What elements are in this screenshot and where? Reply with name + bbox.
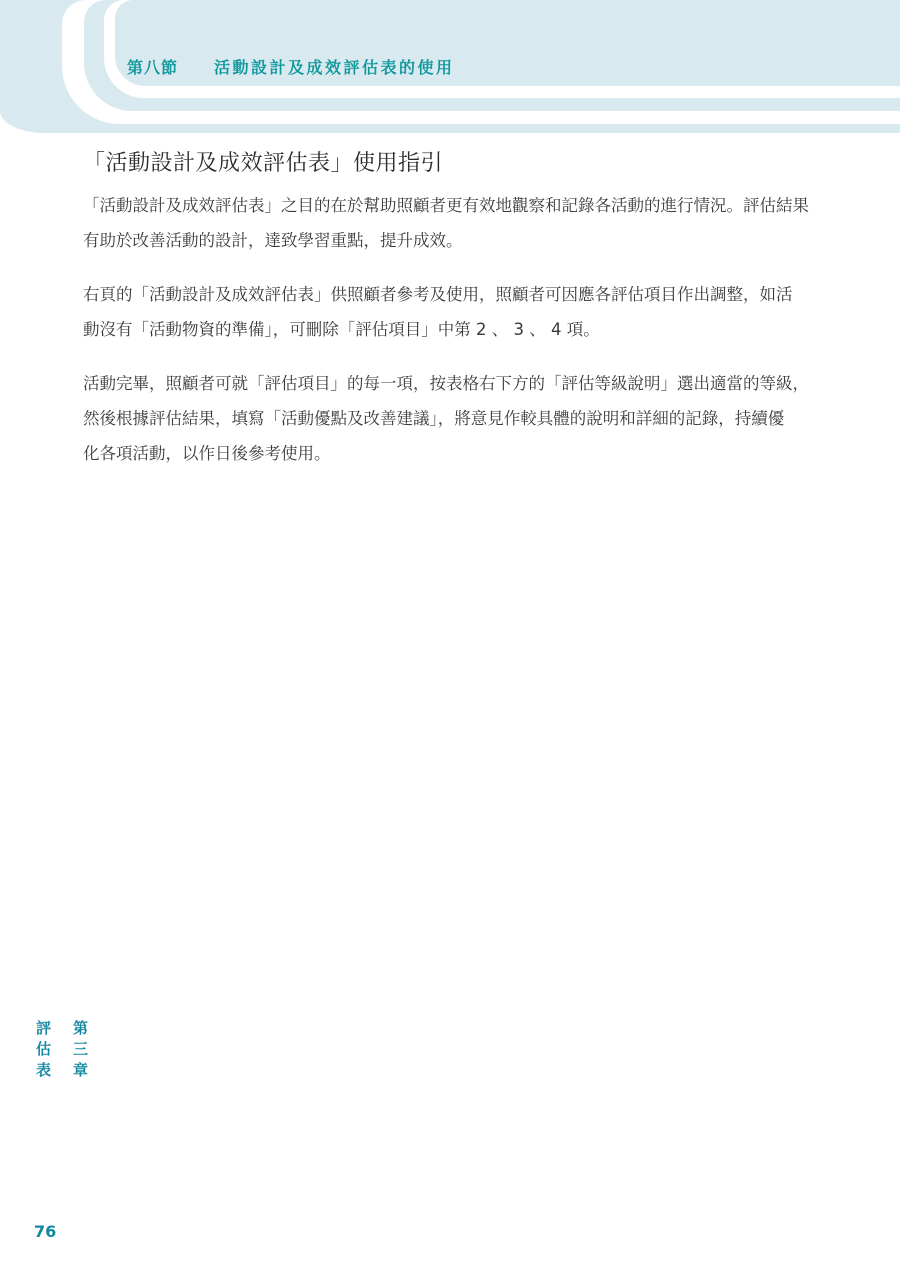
header-title-band: 第八節 活動設計及成效評估表的使用 <box>115 0 900 86</box>
paragraph-line: 然後根據評估結果，填寫「活動優點及改善建議」，將意見作較具體的說明和詳細的記錄，… <box>83 401 820 436</box>
page-title: 「活動設計及成效評估表」使用指引 <box>83 146 843 177</box>
chapter-section-label: 評估表 <box>33 1020 54 1083</box>
paragraph-line: 右頁的「活動設計及成效評估表」供照顧者參考及使用，照顧者可因應各評估項目作出調整… <box>83 277 820 312</box>
paragraph-line: 「活動設計及成效評估表」之目的在於幫助照顧者更有效地觀察和記錄各活動的進行情況。… <box>83 188 820 223</box>
paragraph-line: 活動完畢，照顧者可就「評估項目」的每一項，按表格右下方的「評估等級說明」選出適當… <box>83 366 820 401</box>
paragraph-line: 化各項活動，以作日後參考使用。 <box>83 436 820 471</box>
chapter-label: 第三章 <box>70 1020 91 1083</box>
section-number-label: 第八節 <box>127 55 178 78</box>
section-title: 活動設計及成效評估表的使用 <box>214 55 455 78</box>
header-band: 第八節 活動設計及成效評估表的使用 <box>0 0 900 133</box>
chapter-side-tab: 第三章 評估表 <box>33 1020 91 1083</box>
document-page: 第八節 活動設計及成效評估表的使用 「活動設計及成效評估表」使用指引 「活動設計… <box>0 0 900 1274</box>
paragraph-line: 有助於改善活動的設計，達致學習重點，提升成效。 <box>83 223 820 258</box>
paragraph: 活動完畢，照顧者可就「評估項目」的每一項，按表格右下方的「評估等級說明」選出適當… <box>83 366 820 471</box>
paragraph-line: 動沒有「活動物資的準備」，可刪除「評估項目」中第 2 、 3 、 4 項。 <box>83 312 820 347</box>
paragraph: 右頁的「活動設計及成效評估表」供照顧者參考及使用，照顧者可因應各評估項目作出調整… <box>83 277 820 347</box>
paragraph: 「活動設計及成效評估表」之目的在於幫助照顧者更有效地觀察和記錄各活動的進行情況。… <box>83 188 820 258</box>
body-text: 「活動設計及成效評估表」之目的在於幫助照顧者更有效地觀察和記錄各活動的進行情況。… <box>83 188 820 490</box>
page-number: 76 <box>34 1222 56 1241</box>
